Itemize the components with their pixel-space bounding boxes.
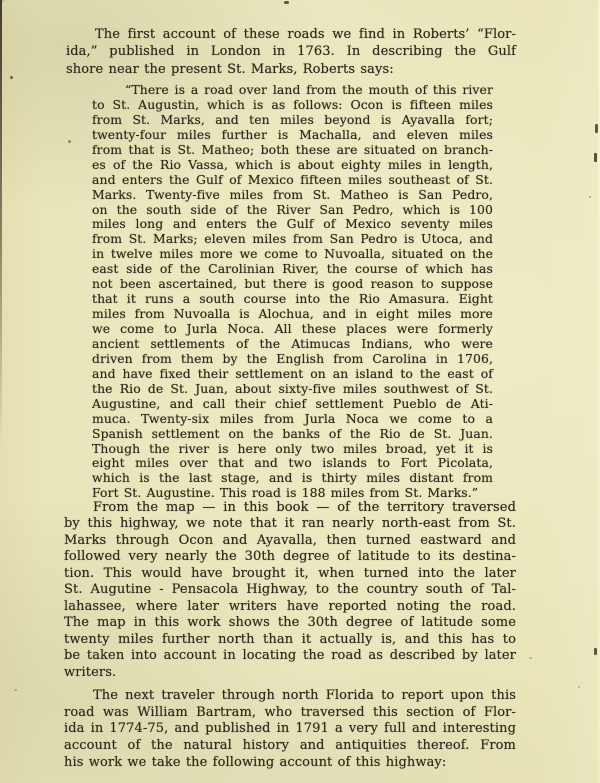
text-line: miles long and enters the Gulf of Mexico… [92,217,493,232]
text-line: ancient settlements of the Atimucas Indi… [92,337,493,352]
text-line: the Rio de St. Juan, about sixty-five mi… [92,382,493,397]
text-line: driven from them by the English from Car… [92,352,493,367]
text-line: miles from Nuvoalla is Alochua, and in e… [92,307,493,322]
paragraph-roberts-quote: “There is a road over land from the mout… [92,83,493,501]
paragraph-map-discussion: From the map — in this book — of the ter… [64,500,516,681]
text-line: Though the river is here only two miles … [92,442,493,457]
text-line: road was William Bartram, who traversed … [64,705,516,722]
text-line: twenty-four miles further is Machalla, a… [92,128,493,143]
scan-margin-mark [595,124,598,133]
scan-edge-left-shadow [0,0,2,560]
text-line: and have fixed their settlement on an is… [92,367,493,382]
paragraph-bartram-intro: The next traveler through north Florida … [64,688,516,772]
text-line: be taken into account in locating the ro… [64,648,516,664]
text-line: The first account of these roads we find… [66,26,516,43]
text-line: Augustine, and call their chief settleme… [92,397,493,412]
text-line: writers. [64,665,516,681]
text-line: Marks. Twenty-five miles from St. Matheo… [92,188,493,203]
scan-speck [284,1,289,4]
text-line: shore near the present St. Marks, Robert… [66,61,516,78]
text-line: Marks through Ocon and Ayavalla, then tu… [64,533,516,549]
scan-speck [589,196,591,198]
scan-margin-mark [594,153,597,162]
text-line: Spanish settlement on the banks of the R… [92,427,493,442]
text-line: lahassee, where later writers have repor… [64,599,516,615]
text-line: which is the last stage, and is thirty m… [92,471,493,486]
text-line: Fort St. Augustine. This road is 188 mil… [92,486,493,501]
scan-margin-mark [594,648,597,655]
text-line: The next traveler through north Florida … [64,688,516,705]
text-line: east side of the Carolinian River, the c… [92,262,493,277]
text-line: The map in this work shows the 30th degr… [64,615,516,631]
text-line: “There is a road over land from the mout… [92,83,493,98]
paragraph-intro: The first account of these roads we find… [66,26,516,78]
text-line: not been ascertained, but there is good … [92,277,493,292]
text-line: in twelve miles more we come to Nuvoalla… [92,247,493,262]
text-line: ida in 1774-75, and published in 1791 a … [64,721,516,738]
scan-speck [578,686,580,688]
text-line: muca. Twenty-six miles from Jurla Noca w… [92,412,493,427]
scan-speck [10,76,13,79]
text-line: from St. Marks; eleven miles from San Pe… [92,232,493,247]
text-line: account of the natural history and antiq… [64,738,516,755]
scan-speck [68,140,71,143]
text-line: on the south side of the River San Pedro… [92,203,493,218]
text-line: ida,” published in London in 1763. In de… [66,43,516,60]
scan-corner-smudge [0,0,8,6]
scan-speck [529,657,532,659]
text-line: from St. Marks, and ten miles beyond is … [92,113,493,128]
text-line: we come to Jurla Noca. All these places … [92,322,493,337]
text-line: twenty miles further north than it actua… [64,632,516,648]
text-line: to St. Augustin, which is as follows: Oc… [92,98,493,113]
scan-speck [14,689,17,691]
text-line: his work we take the following account o… [64,755,516,772]
text-line: eight miles over that and two islands to… [92,456,493,471]
text-line: es of the Rio Vassa, which is about eigh… [92,158,493,173]
text-line: followed very nearly the 30th degree of … [64,549,516,565]
text-line: that it runs a south course into the Rio… [92,292,493,307]
scanned-book-page: The first account of these roads we find… [0,0,600,783]
text-line: and enters the Gulf of Mexico fifteen mi… [92,173,493,188]
text-line: From the map — in this book — of the ter… [64,500,516,516]
text-line: tion. This would have brought it, when t… [64,566,516,582]
text-line: from that is St. Matheo; both these are … [92,143,493,158]
text-line: by this highway, we note that it ran nea… [64,516,516,532]
text-line: St. Augutine - Pensacola Highway, to the… [64,582,516,598]
